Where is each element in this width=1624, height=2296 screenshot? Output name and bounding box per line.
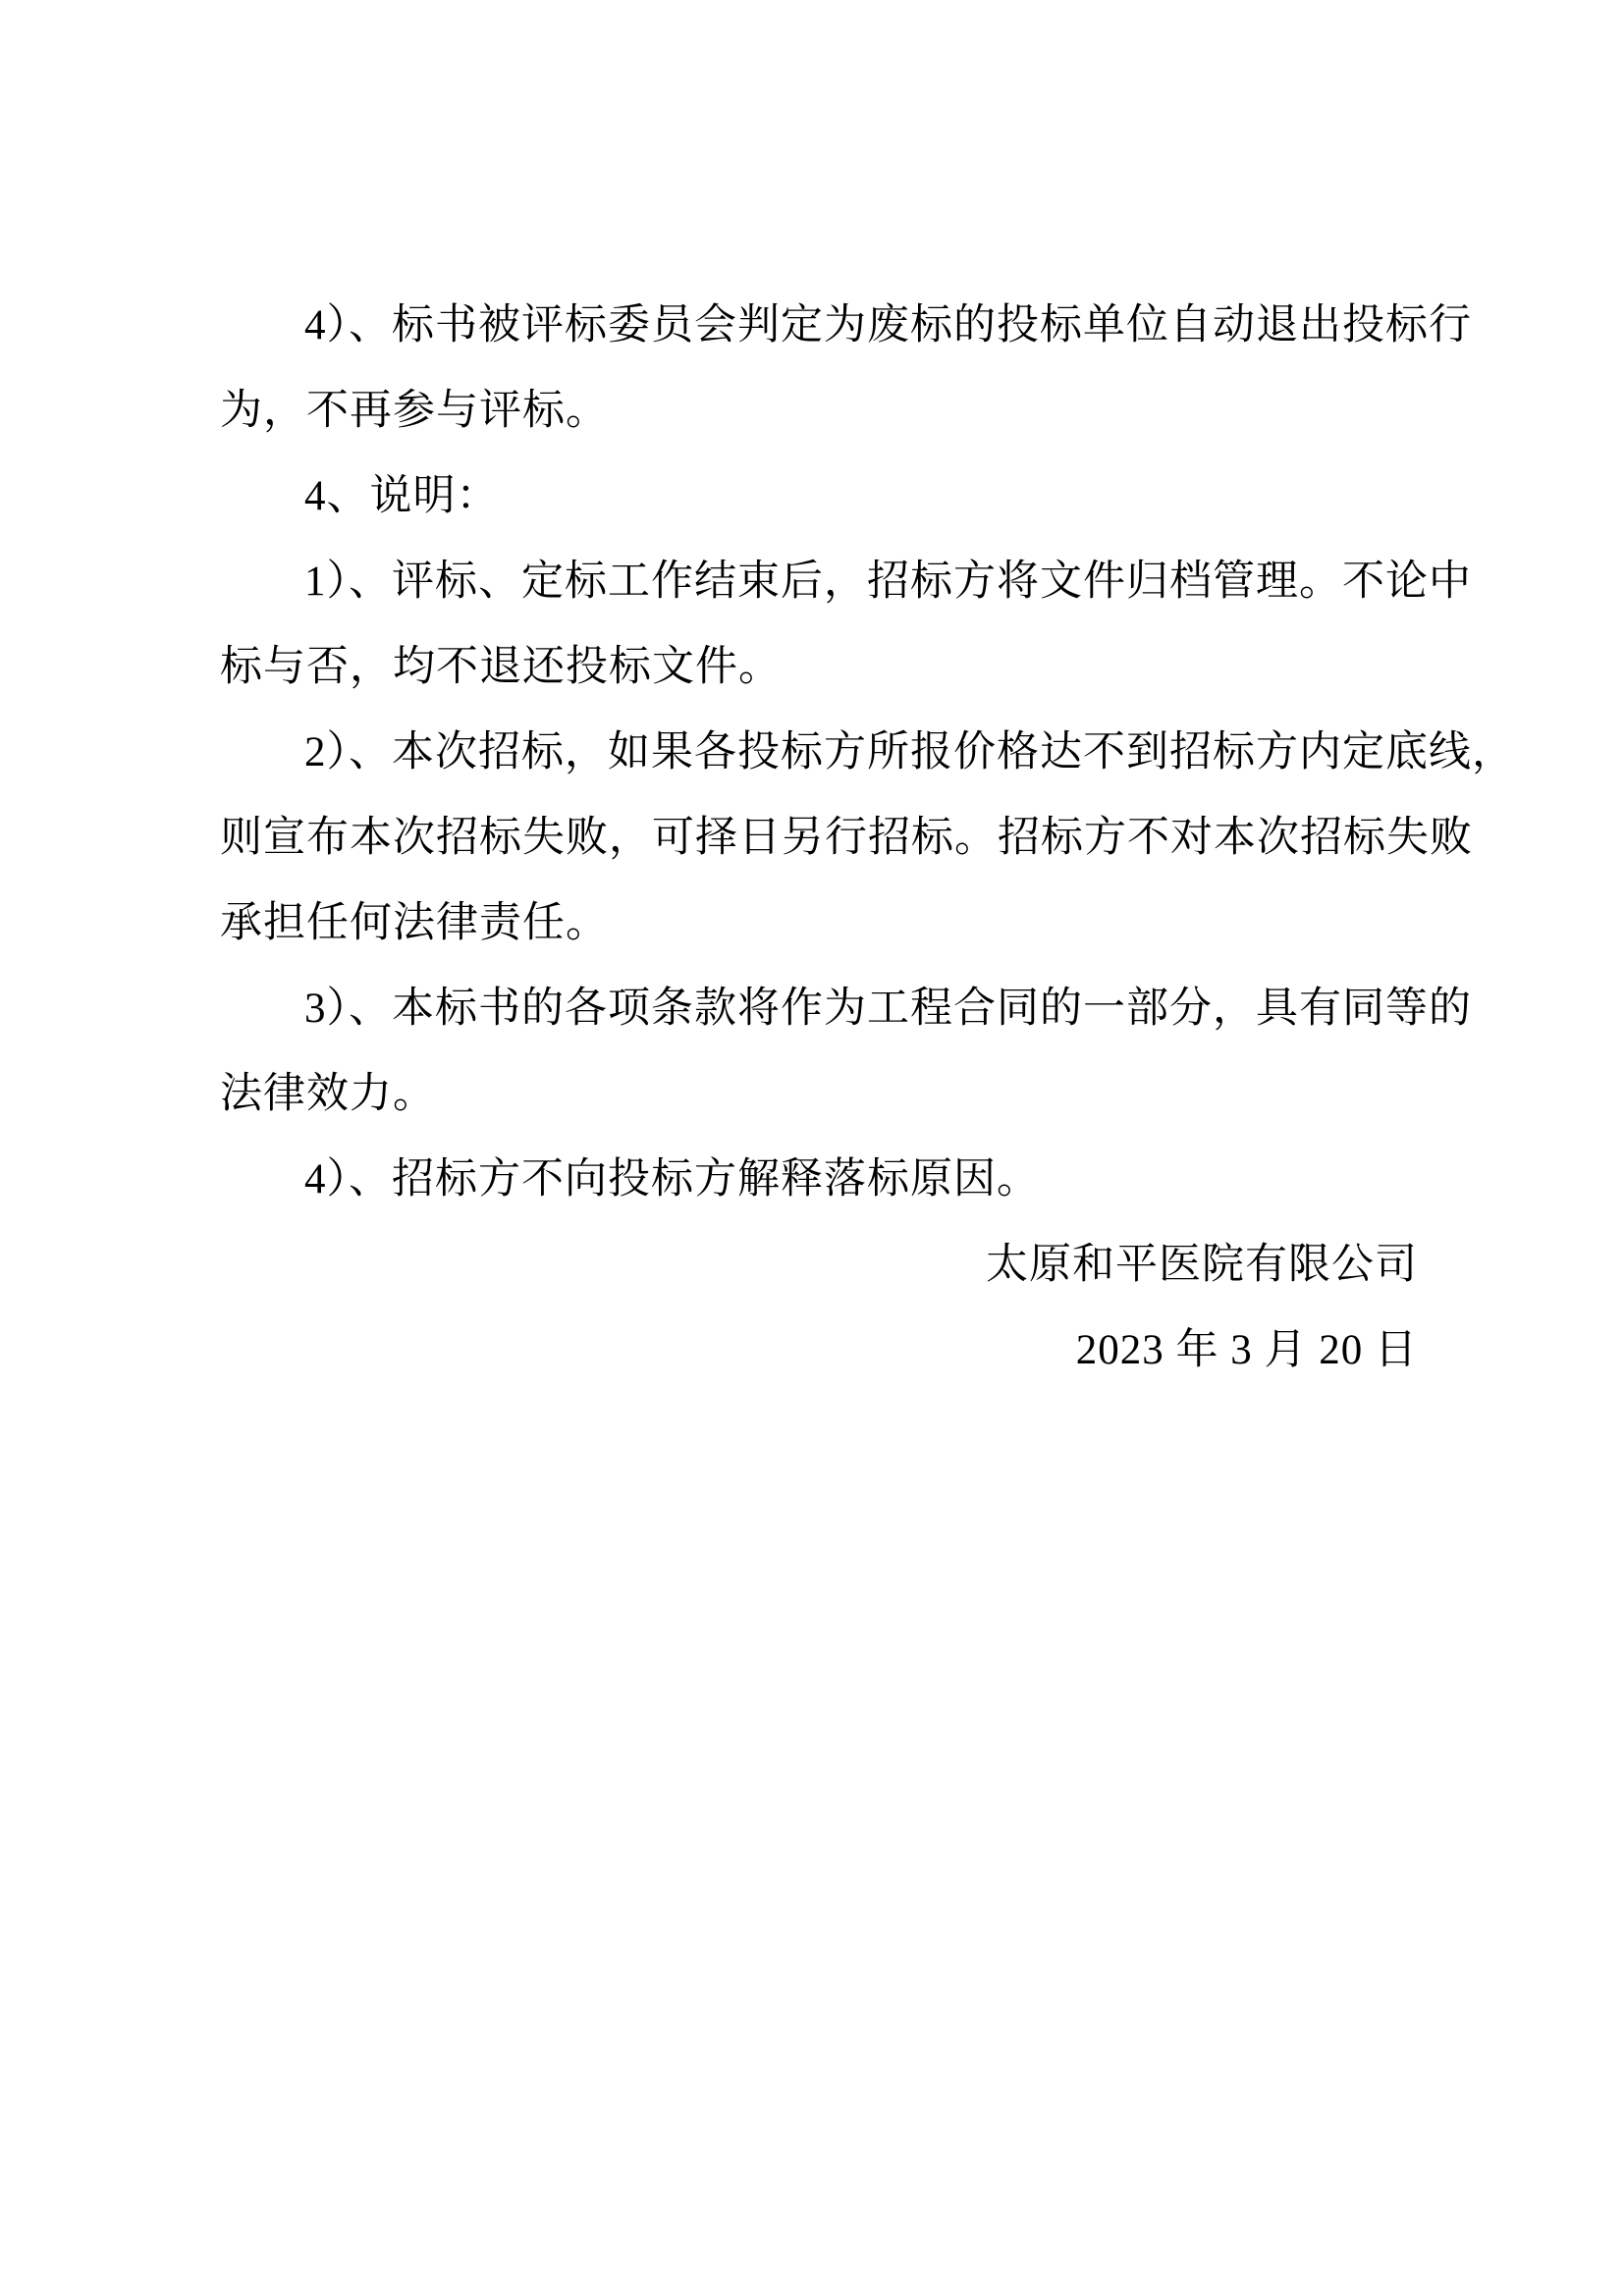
paragraph-line: 4）、招标方不向投标方解释落标原因。 bbox=[220, 1137, 1418, 1222]
paragraph-line: 则宣布本次招标失败，可择日另行招标。招标方不对本次招标失败 bbox=[220, 795, 1418, 881]
company-signature: 太原和平医院有限公司 bbox=[220, 1222, 1418, 1308]
paragraph-line: 为，不再参与评标。 bbox=[220, 368, 1418, 454]
signature-date: 2023 年 3 月 20 日 bbox=[220, 1308, 1418, 1393]
paragraph-line: 1）、评标、定标工作结束后，招标方将文件归档管理。不论中 bbox=[220, 539, 1418, 624]
paragraph-line: 4、说明： bbox=[220, 454, 1418, 539]
paragraph-line: 2）、本次招标，如果各投标方所报价格达不到招标方内定底线， bbox=[220, 710, 1418, 795]
paragraph-line: 4）、标书被评标委员会判定为废标的投标单位自动退出投标行 bbox=[220, 283, 1418, 368]
paragraph-line: 承担任何法律责任。 bbox=[220, 881, 1418, 966]
paragraph-line: 法律效力。 bbox=[220, 1051, 1418, 1137]
document-text-block: 4）、标书被评标委员会判定为废标的投标单位自动退出投标行 为，不再参与评标。 4… bbox=[220, 283, 1418, 1393]
paragraph-line: 3）、本标书的各项条款将作为工程合同的一部分，具有同等的 bbox=[220, 966, 1418, 1051]
paragraph-line: 标与否，均不退还投标文件。 bbox=[220, 624, 1418, 710]
document-page: 4）、标书被评标委员会判定为废标的投标单位自动退出投标行 为，不再参与评标。 4… bbox=[0, 0, 1624, 2296]
